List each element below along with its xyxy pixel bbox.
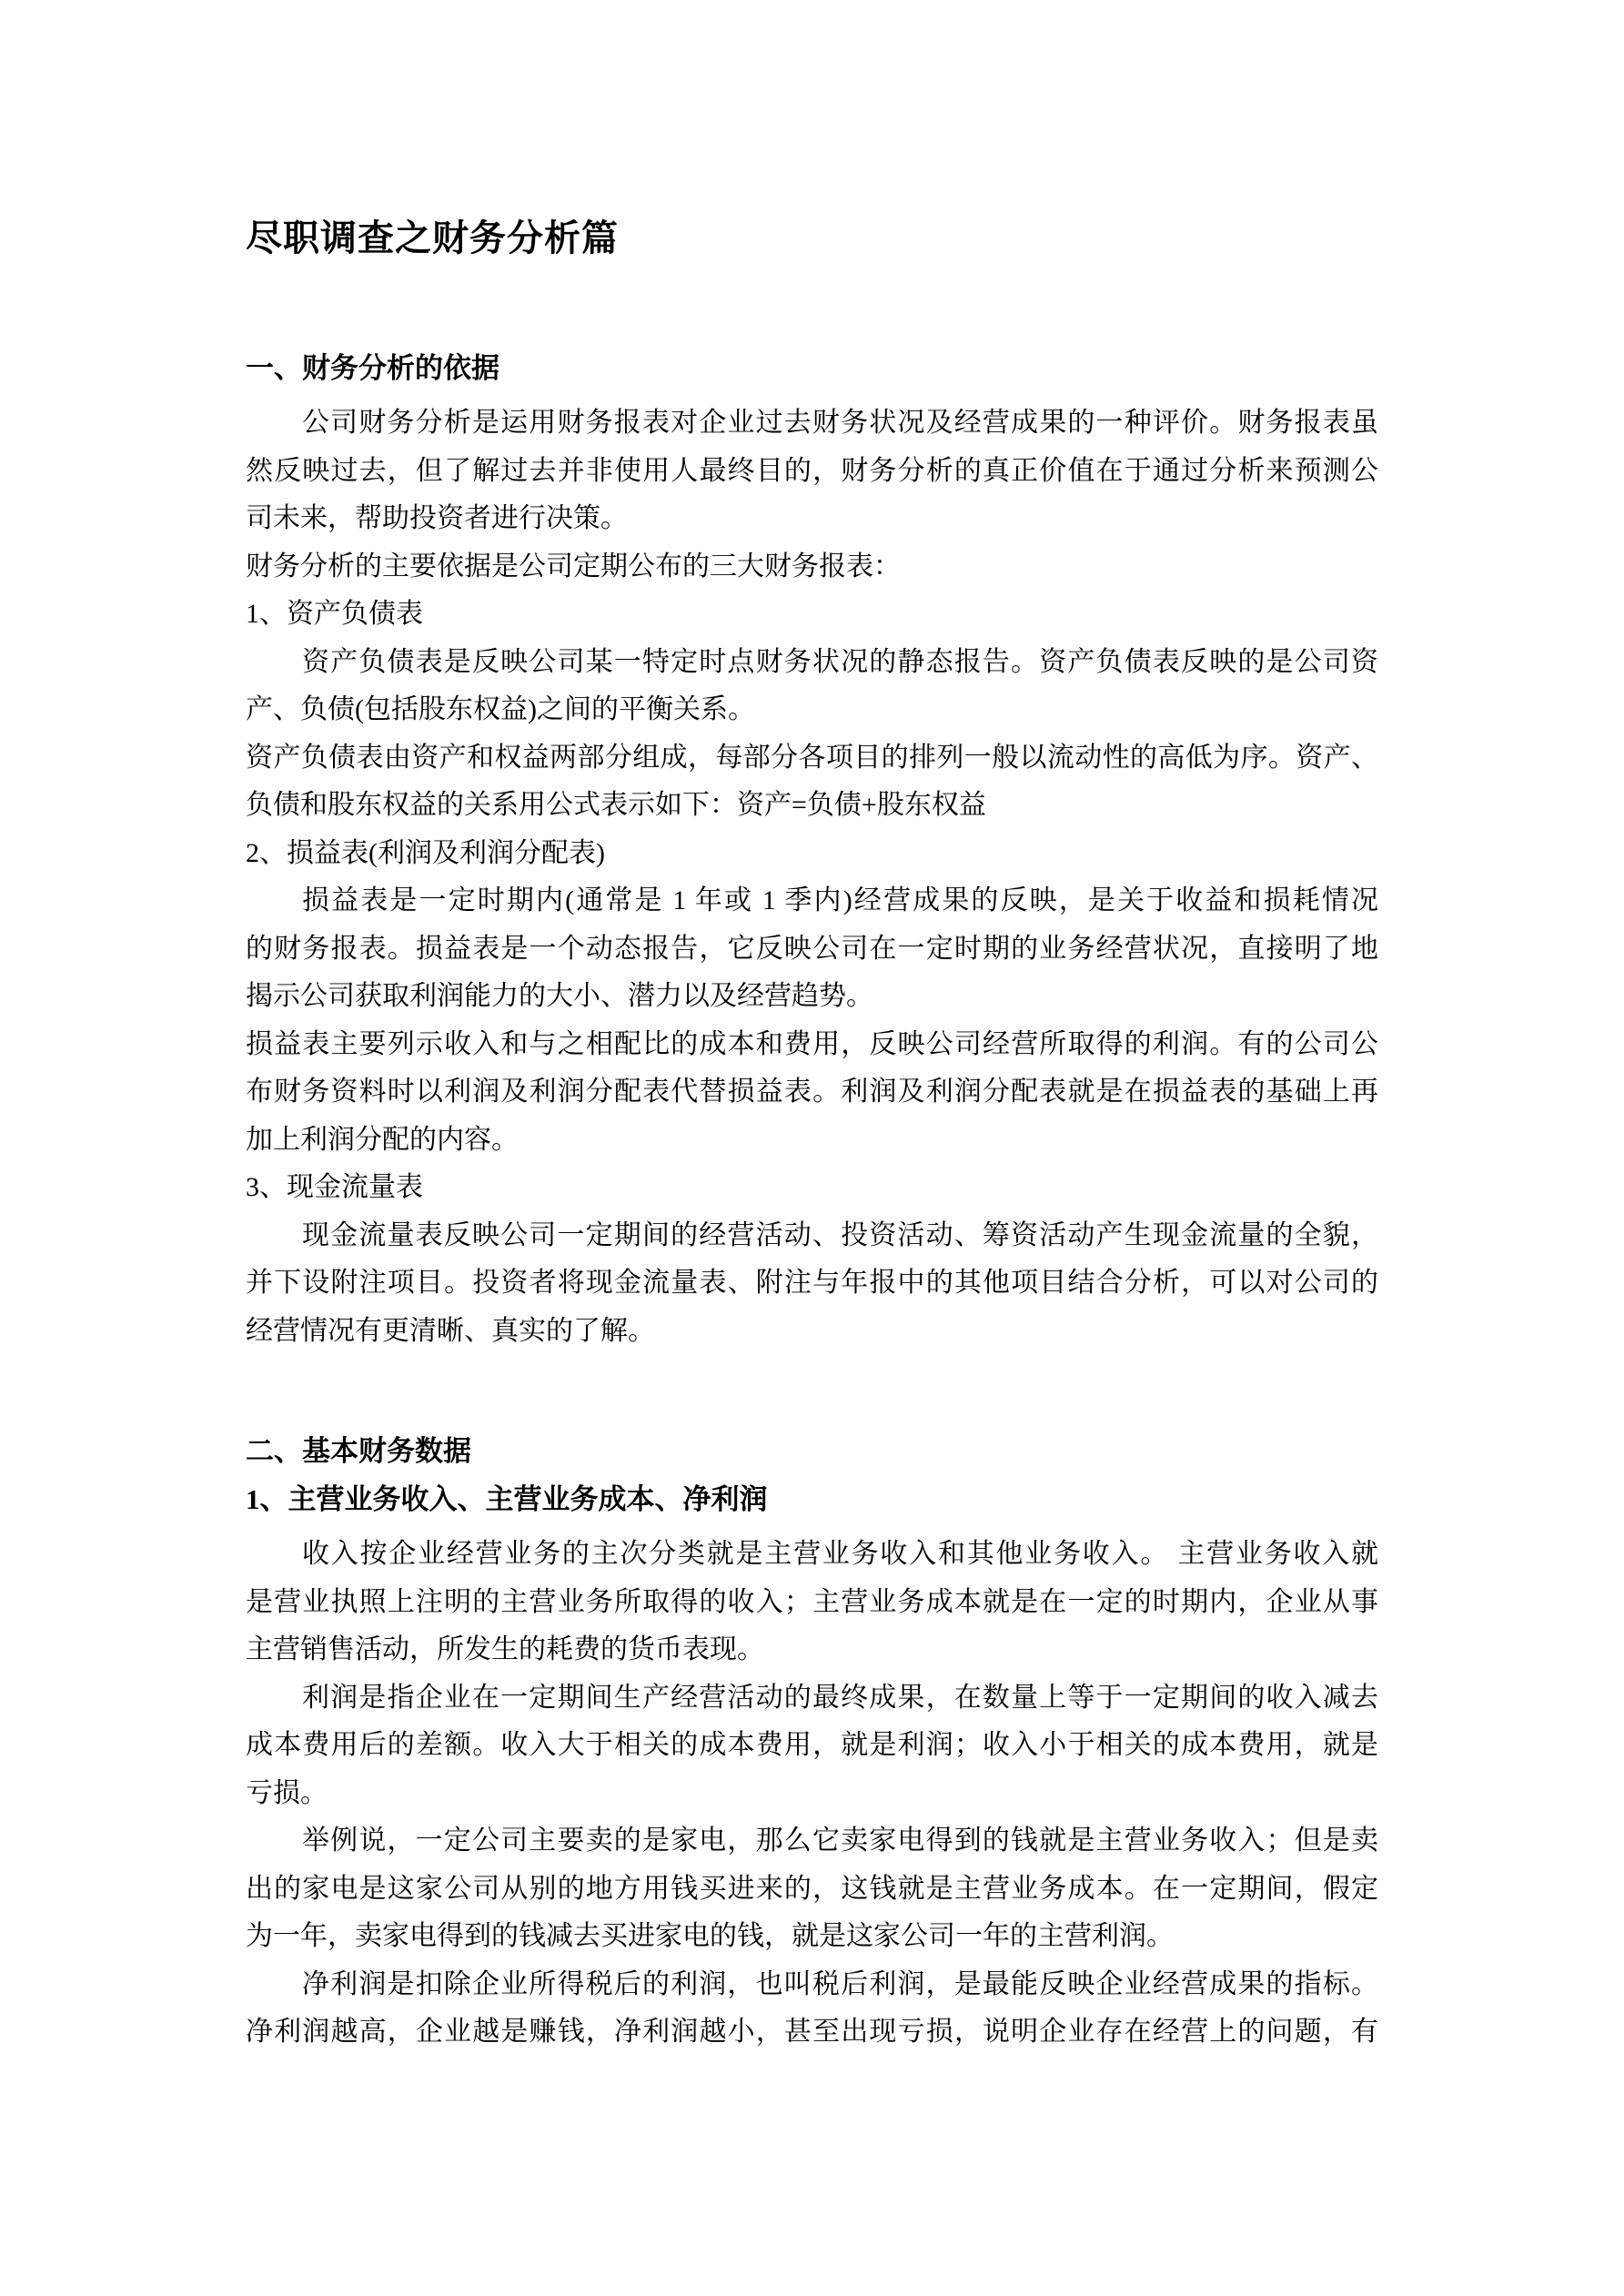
text-line: 的财务报表。损益表是一个动态报告，它反映公司在一定时期的业务经营状况，直接明了地 (246, 925, 1378, 974)
text-line: 公司财务分析是运用财务报表对企业过去财务状况及经营成果的一种评价。财务报表虽 (246, 400, 1378, 448)
text-line: 主营销售活动，所发生的耗费的货币表现。 (246, 1626, 1378, 1674)
text-line: 资产负债表是反映公司某一特定时点财务状况的静态报告。资产负债表反映的是公司资 (246, 639, 1378, 687)
document-content: 尽职调查之财务分析篇 一、财务分析的依据 公司财务分析是运用财务报表对企业过去财… (246, 0, 1378, 2057)
text-line: 产、负债(包括股东权益)之间的平衡关系。 (246, 686, 1378, 734)
text-line: 出的家电是这家公司从别的地方用钱买进来的，这钱就是主营业务成本。在一定期间，假定 (246, 1866, 1378, 1914)
text-line-formula: 负债和股东权益的关系用公式表示如下：资产=负债+股东权益 (246, 782, 1378, 830)
text-line: 损益表主要列示收入和与之相配比的成本和费用，反映公司经营所取得的利润。有的公司公 (246, 1021, 1378, 1069)
text-line: 是营业执照上注明的主营业务所取得的收入；主营业务成本就是在一定的时期内，企业从事 (246, 1579, 1378, 1627)
section-1-heading: 一、财务分析的依据 (246, 344, 1378, 392)
text-line: 亏损。 (246, 1770, 1378, 1818)
text-line: 布财务资料时以利润及利润分配表代替损益表。利润及利润分配表就是在损益表的基础上再 (246, 1068, 1378, 1117)
text-line: 资产负债表由资产和权益两部分组成，每部分各项目的排列一般以流动性的高低为序。资产… (246, 734, 1378, 783)
text-line: 财务分析的主要依据是公司定期公布的三大财务报表： (246, 543, 1378, 592)
text-line: 并下设附注项目。投资者将现金流量表、附注与年报中的其他项目结合分析，可以对公司的 (246, 1259, 1378, 1308)
list-item-income-statement: 2、损益表(利润及利润分配表) (246, 830, 1378, 878)
text-line: 净利润越高，企业越是赚钱，净利润越小，甚至出现亏损，说明企业存在经营上的问题，有 (246, 2008, 1378, 2057)
document-page: 尽职调查之财务分析篇 一、财务分析的依据 公司财务分析是运用财务报表对企业过去财… (0, 0, 1624, 2296)
text-line: 揭示公司获取利润能力的大小、潜力以及经营趋势。 (246, 973, 1378, 1021)
section-2-heading: 二、基本财务数据 (246, 1427, 1378, 1475)
text-line: 利润是指企业在一定期间生产经营活动的最终成果，在数量上等于一定期间的收入减去 (246, 1674, 1378, 1723)
text-line: 为一年，卖家电得到的钱减去买进家电的钱，就是这家公司一年的主营利润。 (246, 1913, 1378, 1961)
text-line: 损益表是一定时期内(通常是 1 年或 1 季内)经营成果的反映，是关于收益和损耗… (246, 877, 1378, 925)
text-line: 净利润是扣除企业所得税后的利润，也叫税后利润，是最能反映企业经营成果的指标。 (246, 1961, 1378, 2009)
list-item-cash-flow-statement: 3、现金流量表 (246, 1164, 1378, 1212)
text-line: 成本费用后的差额。收入大于相关的成本费用，就是利润；收入小于相关的成本费用，就是 (246, 1722, 1378, 1770)
text-line: 现金流量表反映公司一定期间的经营活动、投资活动、筹资活动产生现金流量的全貌， (246, 1212, 1378, 1260)
text-line: 举例说，一定公司主要卖的是家电，那么它卖家电得到的钱就是主营业务收入；但是卖 (246, 1817, 1378, 1866)
section-2-subheading: 1、主营业务收入、主营业务成本、净利润 (246, 1475, 1378, 1523)
text-line: 然反映过去，但了解过去并非使用人最终目的，财务分析的真正价值在于通过分析来预测公 (246, 448, 1378, 496)
text-line: 司未来，帮助投资者进行决策。 (246, 495, 1378, 543)
text-line: 加上利润分配的内容。 (246, 1117, 1378, 1165)
text-line: 收入按企业经营业务的主次分类就是主营业务收入和其他业务收入。 主营业务收入就 (246, 1531, 1378, 1579)
document-title: 尽职调查之财务分析篇 (246, 0, 1378, 264)
list-item-balance-sheet: 1、资产负债表 (246, 591, 1378, 639)
text-line: 经营情况有更清晰、真实的了解。 (246, 1308, 1378, 1356)
